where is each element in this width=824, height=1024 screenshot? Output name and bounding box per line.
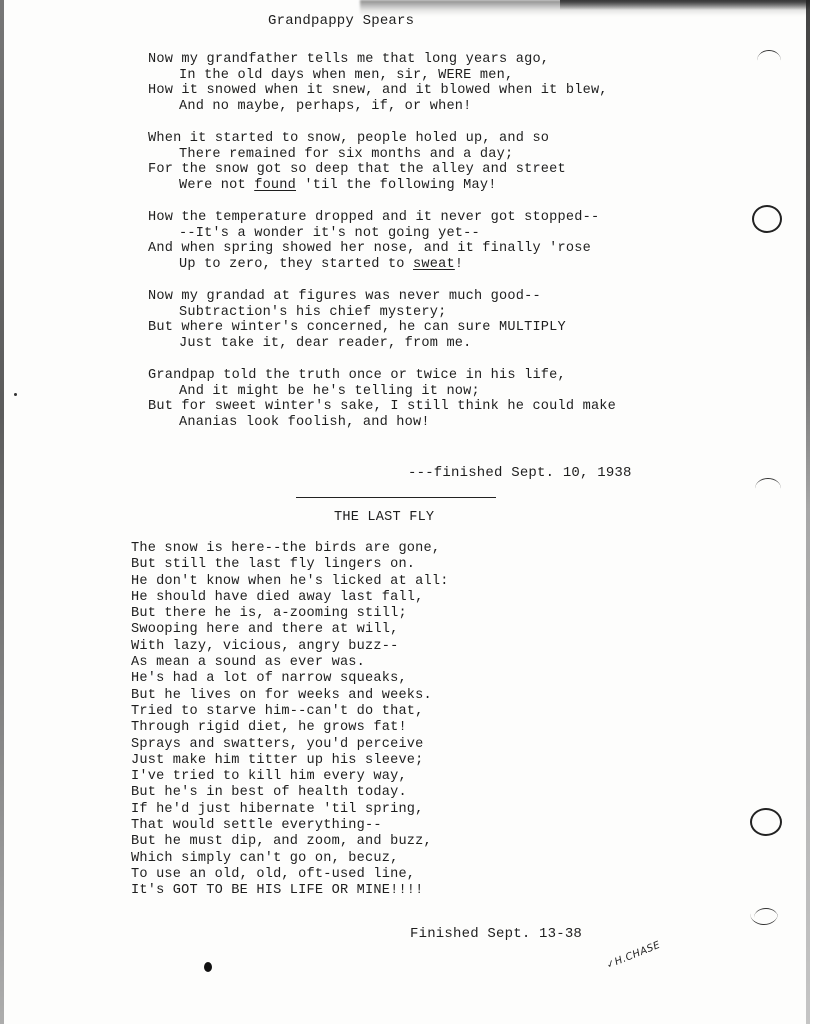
poem-line: Were not found 'til the following May!: [148, 178, 616, 194]
poem-signature: ---finished Sept. 10, 1938: [408, 466, 632, 482]
poem-body: The snow is here--the birds are gone,But…: [131, 541, 449, 900]
poem-title: Grandpappy Spears: [268, 14, 414, 30]
poem-line: And when spring showed her nose, and it …: [148, 241, 616, 257]
poem-line: To use an old, old, oft-used line,: [131, 867, 449, 883]
poem-line: Ananias look foolish, and how!: [148, 415, 616, 431]
poem-line: There remained for six months and a day;: [148, 147, 616, 163]
poem-line: But where winter's concerned, he can sur…: [148, 320, 616, 336]
poem-line: As mean a sound as ever was.: [131, 655, 449, 671]
poem-line: He should have died away last fall,: [131, 590, 449, 606]
stanza: Now my grandfather tells me that long ye…: [148, 52, 616, 114]
poem-line: I've tried to kill him every way,: [131, 769, 449, 785]
poem-line: Subtraction's his chief mystery;: [148, 305, 616, 321]
poem-line: Grandpap told the truth once or twice in…: [148, 368, 616, 384]
poem-line: Tried to starve him--can't do that,: [131, 704, 449, 720]
page-edge-left: [0, 0, 4, 1024]
scan-shadow-top-dark: [560, 0, 810, 10]
ink-blot: [204, 962, 212, 972]
poem-line: And no maybe, perhaps, if, or when!: [148, 99, 616, 115]
poem-line: He's had a lot of narrow squeaks,: [131, 671, 449, 687]
poem-line: With lazy, vicious, angry buzz--: [131, 639, 449, 655]
poem-line: Now my grandfather tells me that long ye…: [148, 52, 616, 68]
poem-line: But still the last fly lingers on.: [131, 557, 449, 573]
stanza: How the temperature dropped and it never…: [148, 210, 616, 272]
poem-line: Just take it, dear reader, from me.: [148, 336, 616, 352]
poem-line: Through rigid diet, he grows fat!: [131, 720, 449, 736]
poem-line: If he'd just hibernate 'til spring,: [131, 802, 449, 818]
poem-line: For the snow got so deep that the alley …: [148, 162, 616, 178]
ink-speck: [14, 393, 17, 396]
poem-line: Up to zero, they started to sweat!: [148, 257, 616, 273]
binder-arc-mark: [754, 908, 778, 927]
poem-line: Which simply can't go on, becuz,: [131, 851, 449, 867]
poem-line: Now my grandad at figures was never much…: [148, 289, 616, 305]
poem-line: But there he is, a-zooming still;: [131, 606, 449, 622]
poem-signature: Finished Sept. 13-38: [410, 927, 582, 943]
poem-line: But he lives on for weeks and weeks.: [131, 688, 449, 704]
section-divider: [296, 497, 496, 498]
binder-arc-mark: [755, 478, 781, 499]
poem-line: Swooping here and there at will,: [131, 622, 449, 638]
poem-line: But for sweet winter's sake, I still thi…: [148, 399, 616, 415]
stanza: When it started to snow, people holed up…: [148, 131, 616, 193]
poem-line: How the temperature dropped and it never…: [148, 210, 616, 226]
poem-title: THE LAST FLY: [334, 510, 434, 526]
poem-line: He don't know when he's licked at all:: [131, 574, 449, 590]
poem-line: --It's a wonder it's not going yet--: [148, 226, 616, 242]
poem-line: Just make him titter up his sleeve;: [131, 753, 449, 769]
scanned-page: Grandpappy Spears Now my grandfather tel…: [0, 0, 824, 1024]
poem-line: How it snowed when it snew, and it blowe…: [148, 83, 616, 99]
punch-hole: [752, 205, 782, 233]
poem-line: Sprays and swatters, you'd perceive: [131, 737, 449, 753]
poem-line: And it might be he's telling it now;: [148, 384, 616, 400]
binder-arc-mark: [757, 50, 781, 71]
poem-line: The snow is here--the birds are gone,: [131, 541, 449, 557]
punch-hole: [750, 808, 782, 836]
scan-margin-right: [810, 0, 824, 1024]
poem-line: When it started to snow, people holed up…: [148, 131, 616, 147]
poem-line: In the old days when men, sir, WERE men,: [148, 68, 616, 84]
handwritten-initials: ✓H.CHASE: [605, 940, 662, 972]
poem-line: But he must dip, and zoom, and buzz,: [131, 834, 449, 850]
poem-body: Now my grandfather tells me that long ye…: [148, 52, 616, 447]
stanza: Grandpap told the truth once or twice in…: [148, 368, 616, 430]
poem-line: But he's in best of health today.: [131, 785, 449, 801]
poem-line: It's GOT TO BE HIS LIFE OR MINE!!!!: [131, 883, 449, 899]
poem-line: That would settle everything--: [131, 818, 449, 834]
stanza: Now my grandad at figures was never much…: [148, 289, 616, 351]
